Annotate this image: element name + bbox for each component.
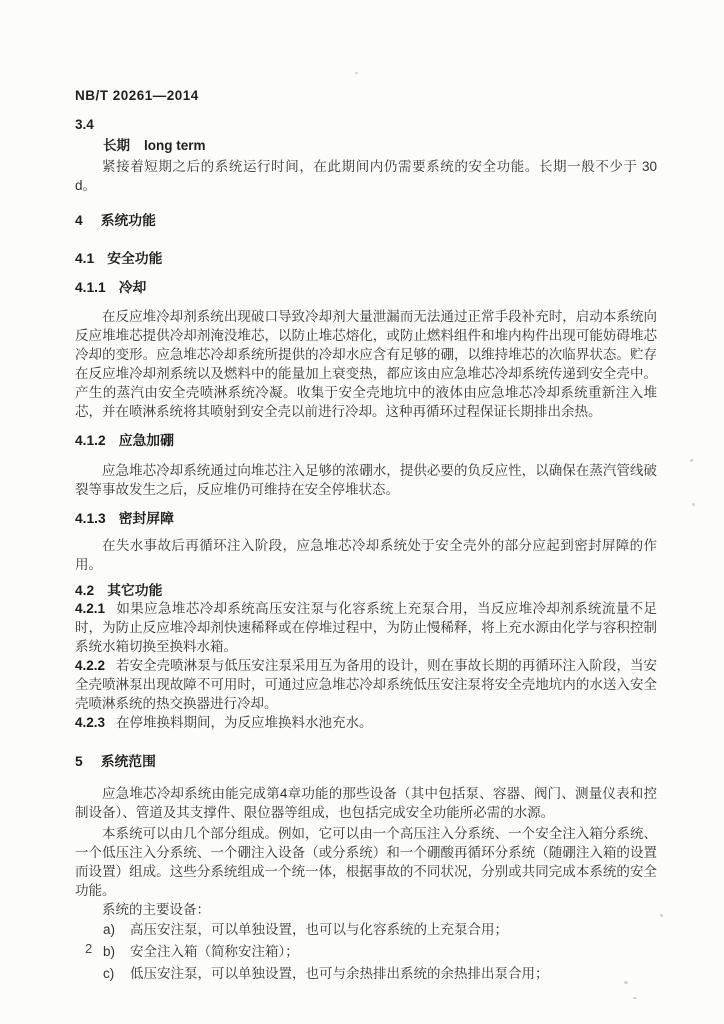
heading-4-2-title: 其它功能	[107, 583, 162, 598]
heading-4-1-title: 安全功能	[107, 251, 162, 266]
list-item-a: a) 高压安注泵，可以单独设置，也可以与化容系统的上充泵合用；	[75, 919, 657, 941]
clause-4-2-1-number: 4.2.1	[75, 601, 105, 616]
clause-4-2-3: 4.2.3在停堆换料期间，为反应堆换料水池充水。	[75, 713, 657, 732]
list-marker: c)	[75, 963, 130, 985]
definition-term-line: 长期long term	[75, 138, 657, 154]
scanned-document-page: NB/T 20261—2014 3.4 长期long term 紧接着短期之后的…	[0, 0, 724, 1024]
heading-4-1: 4.1安全功能	[75, 251, 657, 267]
heading-4-2: 4.2其它功能	[75, 583, 657, 599]
paragraph-4-1-3: 在失水事故后再循环注入阶段，应急堆芯冷却系统处于安全壳外的部分应起到密封屏障的作…	[75, 536, 657, 574]
paragraph-5-1: 应急堆芯冷却系统由能完成第4章功能的那些设备（其中包括泵、容器、阀门、测量仪表和…	[75, 784, 657, 822]
definition-body: 紧接着短期之后的系统运行时间，在此期间内仍需要系统的安全功能。长期一般不少于 3…	[75, 157, 657, 195]
list-marker: b)	[75, 941, 130, 963]
list-item-b: b) 安全注入箱（简称安注箱）；	[75, 941, 657, 963]
section-5-title: 系统范围	[101, 754, 156, 769]
heading-4-1-3-title: 密封屏障	[119, 511, 174, 526]
heading-4-1-3: 4.1.3密封屏障	[75, 511, 657, 527]
scan-speck	[355, 72, 358, 74]
clause-4-2-2-number: 4.2.2	[75, 658, 105, 673]
equipment-list-intro: 系统的主要设备：	[75, 900, 657, 919]
clause-4-2-3-number: 4.2.3	[75, 715, 105, 730]
paragraph-5-2: 本系统可以由几个部分组成。例如，它可以由一个高压注入分系统、一个安全注入箱分系统…	[75, 824, 657, 900]
list-text: 高压安注泵，可以单独设置，也可以与化容系统的上充泵合用；	[130, 919, 657, 941]
heading-4-1-1-title: 冷却	[119, 280, 147, 295]
list-text: 低压安注泵，可以单独设置，也可与余热排出系统的余热排出泵合用；	[130, 963, 657, 985]
section-5-number: 5	[75, 754, 83, 769]
paragraph-4-1-1: 在反应堆冷却剂系统出现破口导致冷却剂大量泄漏而无法通过正常手段补充时，启动本系统…	[75, 307, 657, 421]
clause-4-2-3-text: 在停堆换料期间，为反应堆换料水池充水。	[116, 715, 373, 730]
term-zh: 长期	[103, 138, 130, 153]
term-en: long term	[144, 138, 206, 153]
heading-4-1-1: 4.1.1冷却	[75, 280, 657, 296]
clause-4-2-2: 4.2.2若安全壳喷淋泵与低压安注泵采用互为备用的设计，则在事故长期的再循环注入…	[75, 656, 657, 713]
heading-4-1-2: 4.1.2应急加硼	[75, 433, 657, 449]
page-number: 2	[85, 941, 92, 956]
heading-4-1-1-number: 4.1.1	[75, 280, 106, 295]
list-marker: a)	[75, 919, 130, 941]
clause-4-2-1-text: 如果应急堆芯冷却系统高压安注泵与化容系统上充泵合用，当反应堆冷却剂系统流量不足时…	[75, 601, 657, 654]
section-4-number: 4	[75, 213, 83, 228]
heading-4-1-number: 4.1	[75, 251, 94, 266]
heading-4-1-3-number: 4.1.3	[75, 511, 106, 526]
page-content: NB/T 20261—2014 3.4 长期long term 紧接着短期之后的…	[75, 88, 657, 985]
scan-speck	[633, 997, 637, 999]
section-4-heading: 4系统功能	[75, 213, 657, 229]
definition-clause-number: 3.4	[75, 117, 657, 133]
heading-4-1-2-title: 应急加硼	[119, 433, 174, 448]
section-4-title: 系统功能	[101, 213, 156, 228]
standard-number-header: NB/T 20261—2014	[75, 88, 657, 104]
heading-4-1-2-number: 4.1.2	[75, 433, 106, 448]
clause-4-2-1: 4.2.1如果应急堆芯冷却系统高压安注泵与化容系统上充泵合用，当反应堆冷却剂系统…	[75, 599, 657, 656]
clause-4-2-2-text: 若安全壳喷淋泵与低压安注泵采用互为备用的设计，则在事故长期的再循环注入阶段，当安…	[75, 658, 657, 711]
scan-speck	[690, 459, 693, 462]
scan-speck	[624, 981, 628, 984]
list-text: 安全注入箱（简称安注箱）；	[130, 941, 657, 963]
list-item-c: c) 低压安注泵，可以单独设置，也可与余热排出系统的余热排出泵合用；	[75, 963, 657, 985]
paragraph-4-1-2: 应急堆芯冷却系统通过向堆芯注入足够的浓硼水，提供必要的负反应性，以确保在蒸汽管线…	[75, 461, 657, 499]
heading-4-2-number: 4.2	[75, 583, 94, 598]
scan-speck	[660, 914, 663, 917]
scan-speck	[692, 503, 695, 506]
section-5-heading: 5系统范围	[75, 754, 657, 770]
